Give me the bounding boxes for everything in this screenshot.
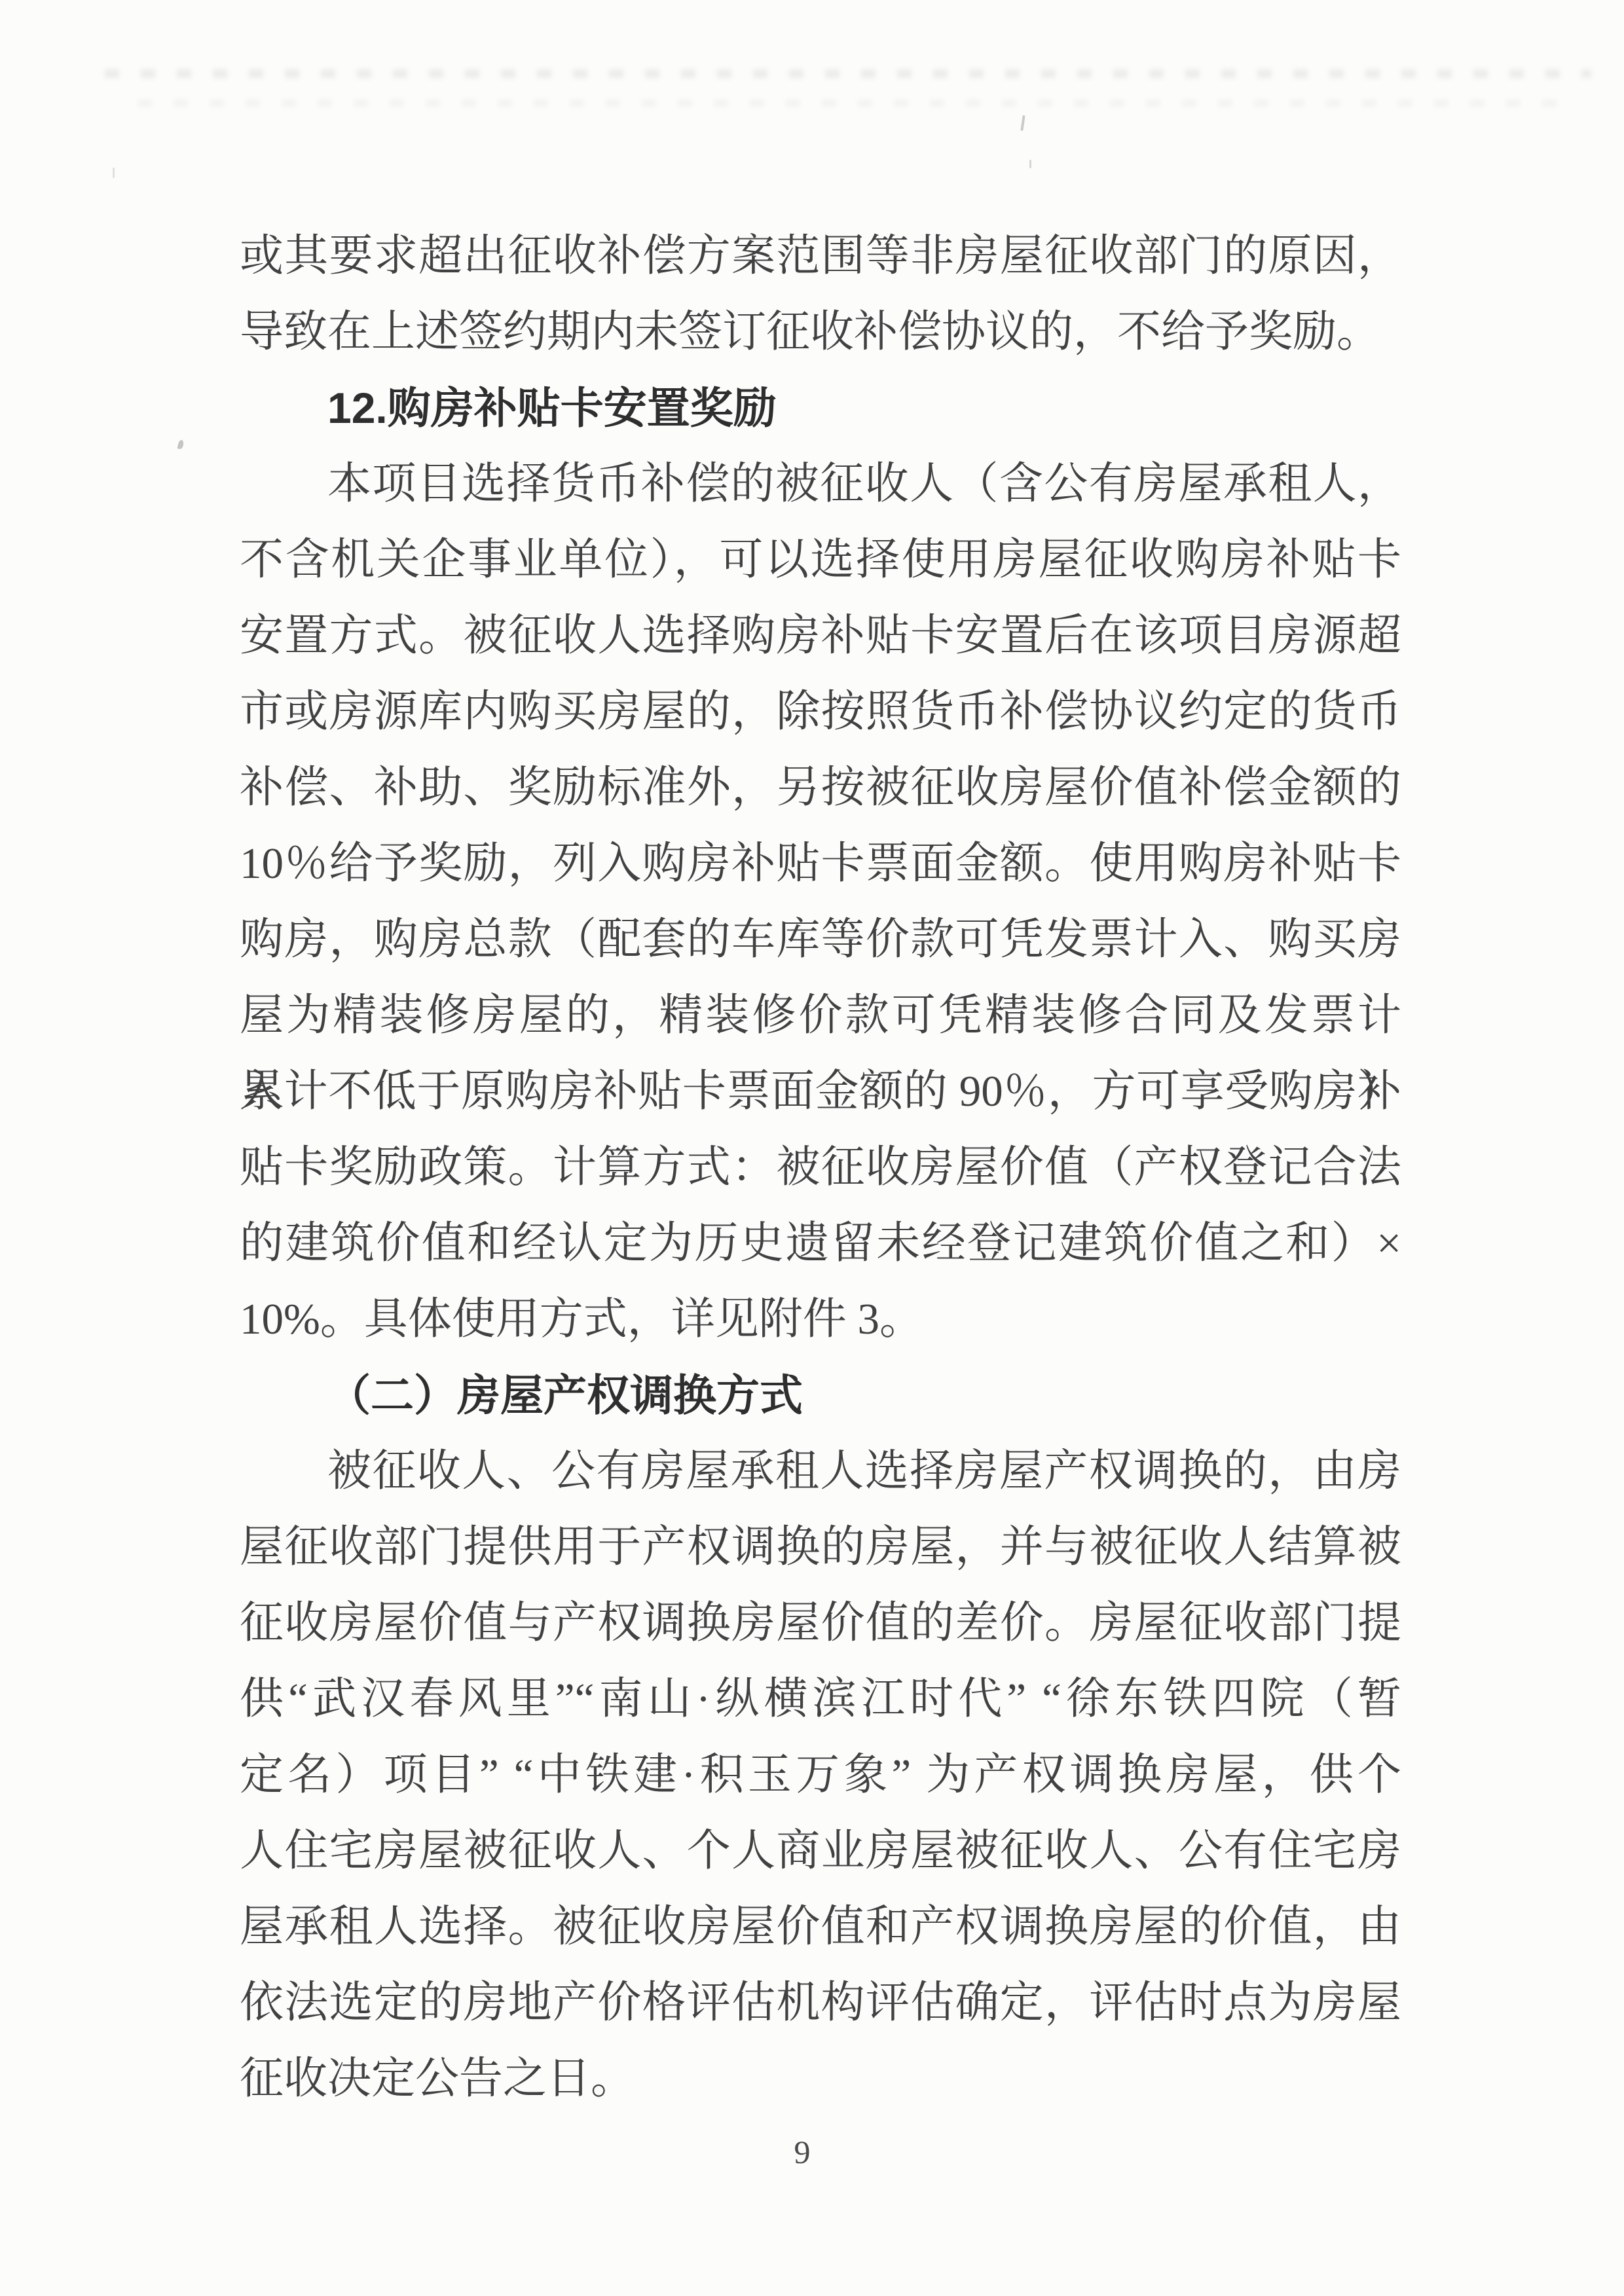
text-line: 或其要求超出征收补偿方案范围等非房屋征收部门的原因， [240,218,1401,294]
scan-bleedthrough-artifact [105,69,1591,78]
text-line: 10％给予奖励，列入购房补贴卡票面金额。使用购房补贴卡 [240,826,1401,902]
text-line: 购房，购房总款（配套的车库等价款可凭发票计入、购买房 [240,902,1401,977]
text-line: 累计不低于原购房补贴卡票面金额的 90％，方可享受购房补 [240,1053,1401,1129]
scan-speck [177,439,185,449]
text-line: 征收决定公告之日。 [240,2041,1401,2117]
text-line: 人住宅房屋被征收人、个人商业房屋被征收人、公有住宅房 [240,1813,1401,1889]
text-line: 被征收人、公有房屋承租人选择房屋产权调换的，由房 [240,1433,1401,1509]
text-line: 屋承租人选择。被征收房屋价值和产权调换房屋的价值，由 [240,1889,1401,1965]
text-line: 市或房源库内购买房屋的，除按照货币补偿协议约定的货币 [240,674,1401,750]
scan-speck [1029,160,1031,168]
document-page: 或其要求超出征收补偿方案范围等非房屋征收部门的原因， 导致在上述签约期内未签订征… [0,0,1624,2296]
scan-speck [1020,115,1025,131]
heading-section-2: （二）房屋产权调换方式 [240,1357,1401,1433]
text-line: 10%。具体使用方式，详见附件 3。 [240,1281,1401,1357]
text-line: 导致在上述签约期内未签订征收补偿协议的，不给予奖励。 [240,294,1401,370]
text-line: 屋为精装修房屋的，精装修价款可凭精装修合同及发票计入） [240,977,1401,1053]
text-line: 补偿、补助、奖励标准外，另按被征收房屋价值补偿金额的 [240,750,1401,826]
text-line: 征收房屋价值与产权调换房屋价值的差价。房屋征收部门提 [240,1585,1401,1661]
text-line: 安置方式。被征收人选择购房补贴卡安置后在该项目房源超 [240,598,1401,674]
text-line: 不含机关企事业单位），可以选择使用房屋征收购房补贴卡 [240,522,1401,598]
text-line: 本项目选择货币补偿的被征收人（含公有房屋承租人， [240,446,1401,522]
text-line: 贴卡奖励政策。计算方式：被征收房屋价值（产权登记合法 [240,1129,1401,1205]
document-text-block: 或其要求超出征收补偿方案范围等非房屋征收部门的原因， 导致在上述签约期内未签订征… [240,218,1401,2117]
heading-item-12: 12.购房补贴卡安置奖励 [240,370,1401,446]
text-line: 供“武汉春风里”“南山·纵横滨江时代” “徐东铁四院（暂 [240,1661,1401,1737]
text-line: 的建筑价值和经认定为历史遗留未经登记建筑价值之和）× [240,1205,1401,1281]
page-number: 9 [0,2133,1604,2171]
text-line: 定名）项目” “中铁建·积玉万象” 为产权调换房屋，供个 [240,1737,1401,1813]
scan-bleedthrough-artifact [138,100,1578,107]
scan-speck [113,168,115,178]
text-line: 屋征收部门提供用于产权调换的房屋，并与被征收人结算被 [240,1509,1401,1585]
text-line: 依法选定的房地产价格评估机构评估确定，评估时点为房屋 [240,1965,1401,2041]
